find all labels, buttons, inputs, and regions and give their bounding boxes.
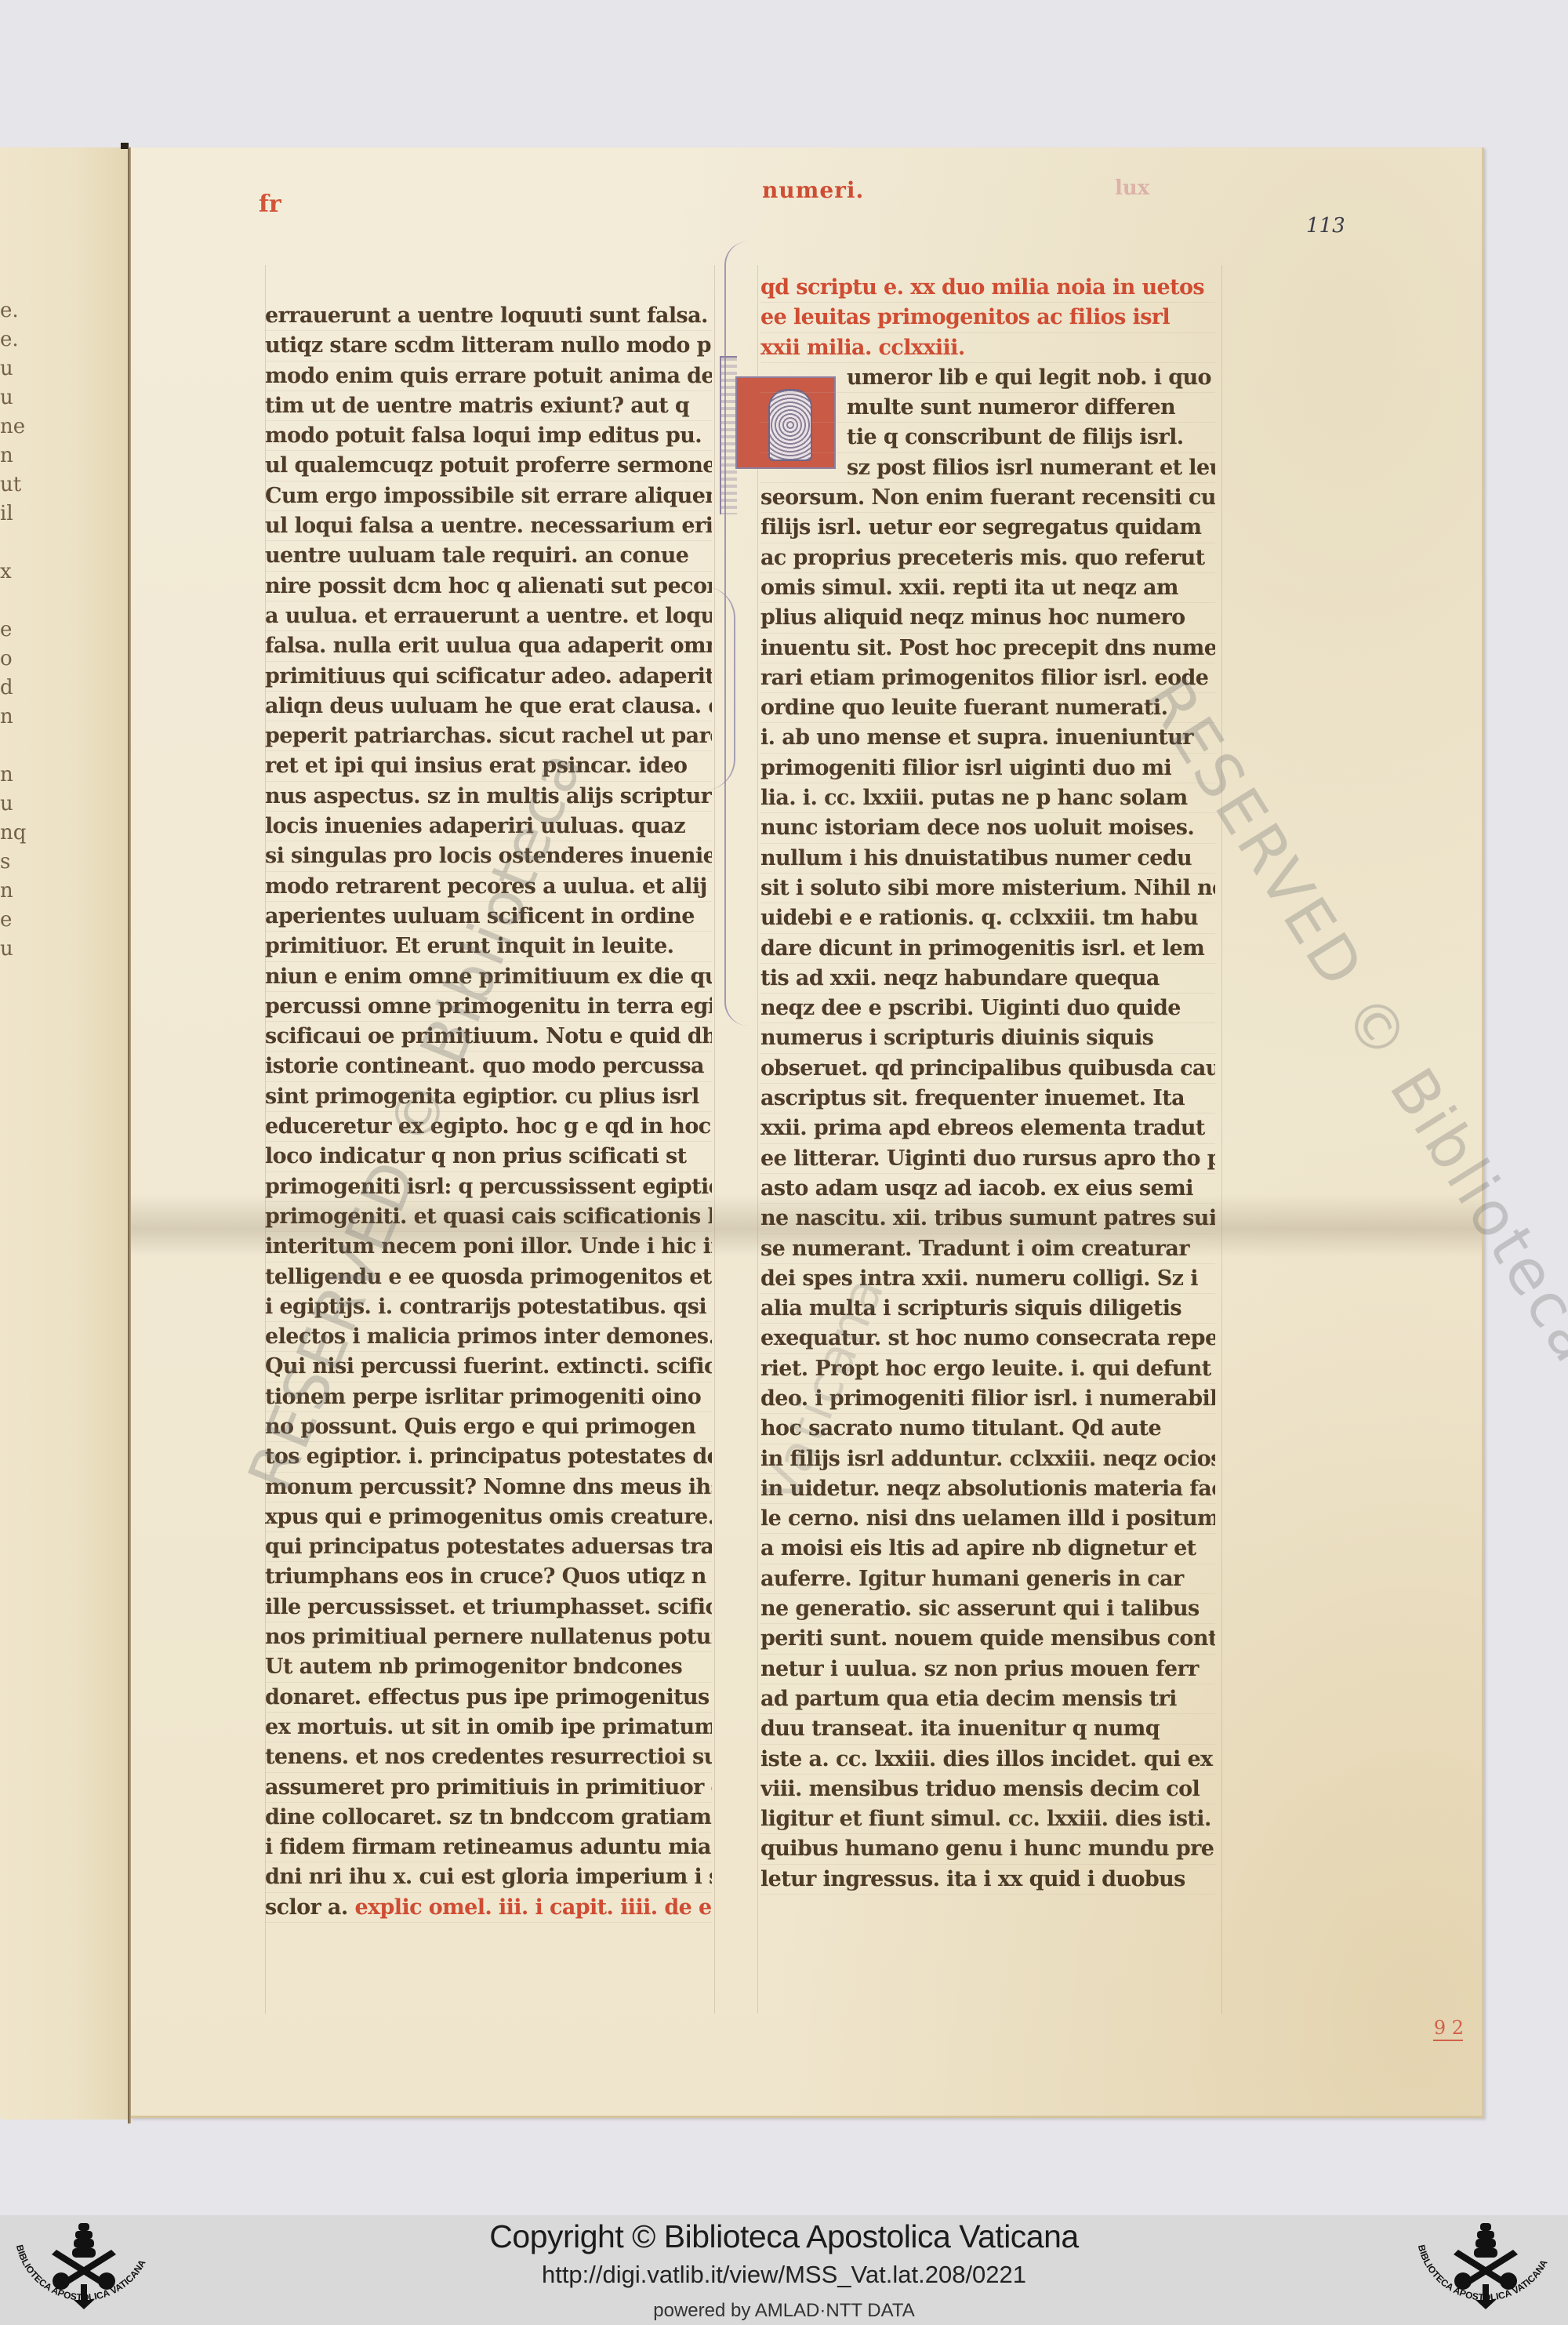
text-line: interitum necem poni illor. Unde i hic i… xyxy=(265,1232,712,1262)
text-line: i fidem firmam retineamus aduntu mia xpi xyxy=(265,1833,712,1862)
text-line: utiqz stare scdm litteram nullo modo pot… xyxy=(265,331,712,361)
text-line: sit i soluto sibi more misterium. Nihil … xyxy=(760,874,1215,903)
text-line: obseruet. qd principalibus quibusda caus… xyxy=(760,1054,1215,1084)
text-line: scificaui oe primitiuum. Notu e quid dhi… xyxy=(265,1022,712,1052)
facing-page-char: u xyxy=(0,354,24,383)
text-line: hoc sacrato numo titulant. Qd aute xyxy=(760,1414,1215,1444)
text-line: tim ut de uentre matris exiunt? aut q xyxy=(265,391,712,421)
text-line: loco indicatur q non prius scificati st xyxy=(265,1142,712,1172)
text-line: electos i malicia primos inter demones. xyxy=(265,1322,712,1352)
facing-page-char: u xyxy=(0,935,24,964)
text-line: ul qualemcuqz potuit proferre sermone? xyxy=(265,451,712,481)
penwork-flourish-curve xyxy=(695,587,735,790)
text-line: monum percussit? Nomne dns meus ihs xyxy=(265,1473,712,1502)
facing-page-char xyxy=(0,587,24,616)
text-line: sz post filios isrl numerant et leuite xyxy=(760,453,1215,483)
text-line: locis inuenies adaperiri uuluas. quaz xyxy=(265,812,712,841)
text-line: dare dicunt in primogenitis isrl. et lem xyxy=(760,934,1215,964)
gutter-fold xyxy=(128,147,131,2123)
text-line: errauerunt a uentre loquuti sunt falsa. … xyxy=(265,301,712,331)
text-line: neqz dee e pscribi. Uiginti duo quide xyxy=(760,994,1215,1023)
quire-mark-text: 9 2 xyxy=(1434,2017,1464,2039)
text-line: lia. i. cc. lxxiii. putas ne p hanc sola… xyxy=(760,783,1215,813)
running-head-title: numeri. xyxy=(762,177,864,203)
text-line: ee litterar. Uiginti duo rursus apro tho… xyxy=(760,1144,1215,1174)
facing-page-char: ut xyxy=(0,470,24,500)
facing-page-char: n xyxy=(0,877,24,906)
text-line: numerus i scripturis diuinis siquis xyxy=(760,1023,1215,1053)
facing-page-char: n xyxy=(0,441,24,470)
text-line: viii. mensibus triduo mensis decim col xyxy=(760,1775,1215,1804)
text-line: qui principatus potestates aduersas trad… xyxy=(265,1532,712,1562)
text-line: sint primogenita egiptior. cu plius isrl xyxy=(265,1082,712,1112)
initial-penwork-border xyxy=(720,356,737,514)
text-line: duu transeat. ita inuenitur q numq xyxy=(760,1714,1215,1744)
text-line: aliqn deus uuluam he que erat clausa. et xyxy=(265,692,712,721)
folio-number: 113 xyxy=(1306,214,1345,238)
text-line: Ut autem nb primogenitor bndcones xyxy=(265,1652,712,1682)
text-line: dei spes intra xxii. numeru colligi. Sz … xyxy=(760,1264,1215,1294)
text-line: sclor a. explic omel. iii. i capit. iiii… xyxy=(265,1893,712,1923)
manuscript-scan: e.e.uunenutilxeodnnunqsneu fr numeri. lu… xyxy=(0,0,1568,2215)
text-line: in filijs isrl adduntur. cclxxiii. neqz … xyxy=(760,1444,1215,1474)
text-line: ul loqui falsa a uentre. necessarium eri… xyxy=(265,511,712,541)
facing-page-char: e. xyxy=(0,296,24,325)
facing-page-char: n xyxy=(0,761,24,790)
text-line: exequatur. st hoc numo consecrata repe xyxy=(760,1324,1215,1353)
text-line: letur ingressus. ita i xx quid i duobus xyxy=(760,1865,1215,1895)
facing-page-verso: e.e.uunenutilxeodnnunqsneu xyxy=(0,147,128,2120)
facing-page-text-edge: e.e.uunenutilxeodnnunqsneu xyxy=(0,296,24,964)
facing-page-char: x xyxy=(0,558,24,587)
text-line: falsa. nulla erit uulua qua adaperit omn… xyxy=(265,631,712,661)
text-line: nos primitiual pernere nullatenus potuis… xyxy=(265,1622,712,1652)
text-line: a moisi eis ltis ad apire nb dignetur et xyxy=(760,1534,1215,1564)
facing-page-char xyxy=(0,529,24,558)
text-line: ac proprius preceteris mis. quo referut xyxy=(760,543,1215,573)
text-line: no possunt. Quis ergo e qui primogen xyxy=(265,1412,712,1442)
facing-page-char: o xyxy=(0,645,24,674)
chapter-rubric-line: ee leuitas primogenitos ac filios isrl xyxy=(760,303,1215,332)
text-line: Qui nisi percussi fuerint. extincti. sci… xyxy=(265,1352,712,1382)
text-line: xpus qui e primogenitus omis creature. xyxy=(265,1502,712,1532)
chapter-rubric-line: xxii milia. cclxxiii. xyxy=(760,333,1215,363)
facing-page-char: u xyxy=(0,790,24,819)
text-line: ne generatio. sic asserunt qui i talibus xyxy=(760,1594,1215,1624)
text-line: le cerno. nisi dns uelamen illd i positu… xyxy=(760,1504,1215,1534)
text-line: ascriptus sit. frequenter inuemet. Ita xyxy=(760,1084,1215,1113)
text-line: tionem perpe isrlitar primogeniti oino xyxy=(265,1382,712,1412)
text-line: istorie contineant. quo modo percussa xyxy=(265,1052,712,1081)
text-line: dni nri ihu x. cui est gloria imperium i… xyxy=(265,1862,712,1892)
ruling-line xyxy=(714,265,715,2014)
facing-page-char: n xyxy=(0,703,24,732)
text-line: i egiptijs. i. contrarijs potestatibus. … xyxy=(265,1292,712,1322)
text-line: seorsum. Non enim fuerant recensiti cu xyxy=(760,483,1215,513)
text-line: inuentu sit. Post hoc precepit dns nume xyxy=(760,634,1215,663)
text-line: ne nascitu. xii. tribus sumunt patres su… xyxy=(760,1204,1215,1233)
text-line: nire possit dcm hoc q alienati sut pecor… xyxy=(265,572,712,601)
text-line: ordine quo leuite fuerant numerati. xyxy=(760,693,1215,723)
chapter-rubric-line: qd scriptu e. xx duo milia noia in uetos xyxy=(760,273,1215,303)
copyright-footer: BIBLIOTECA APOSTOLICA VATICANA Copyright… xyxy=(0,2215,1568,2325)
text-line: modo enim quis errare potuit anima dei. … xyxy=(265,361,712,391)
quire-signature-mark: 9 2 xyxy=(1433,2019,1465,2041)
recto-page: fr numeri. lux 113 errauerunt a uentre l… xyxy=(130,147,1484,2118)
text-line: filijs isrl. uetur eor segregatus quidam xyxy=(760,513,1215,543)
text-line: modo retrarent pecores a uulua. et alij … xyxy=(265,872,712,902)
text-line: nus aspectus. sz in multis alijs scriptu… xyxy=(265,782,712,812)
text-line: nunc istoriam dece nos uoluit moises. xyxy=(760,813,1215,843)
vatican-library-emblem-icon: BIBLIOTECA APOSTOLICA VATICANA xyxy=(1403,2218,1568,2322)
text-line: tenens. et nos credentes resurrectioi su… xyxy=(265,1742,712,1772)
text-line: omis simul. xxii. repti ita ut neqz am xyxy=(760,573,1215,603)
powered-by-text: powered by AMLAD·NTT DATA xyxy=(0,2300,1568,2322)
text-line: deo. i primogeniti filior isrl. i numera… xyxy=(760,1384,1215,1414)
text-line: auferre. Igitur humani generis in car xyxy=(760,1564,1215,1594)
text-line: tos egiptior. i. principatus potestates … xyxy=(265,1442,712,1472)
text-line: ad partum qua etia decim mensis tri xyxy=(760,1684,1215,1714)
text-line: primitiuus qui scificatur adeo. adaperit xyxy=(265,662,712,692)
text-line: percussi omne primogenitu in terra egipt… xyxy=(265,992,712,1022)
text-line: se numerant. Tradunt i oim creaturar xyxy=(760,1234,1215,1264)
facing-page-char: s xyxy=(0,848,24,877)
text-line: multe sunt numeror differen xyxy=(760,393,1215,423)
text-column-left: errauerunt a uentre loquuti sunt falsa. … xyxy=(265,301,712,1923)
text-line: xxii. prima apd ebreos elementa tradut xyxy=(760,1113,1215,1143)
text-line: in uidetur. neqz absolutionis materia fa… xyxy=(760,1474,1215,1504)
text-line: niun e enim omne primitiuum ex die qua xyxy=(265,962,712,992)
text-line: peperit patriarchas. sicut rachel ut par… xyxy=(265,721,712,751)
text-line: Cum ergo impossibile sit errare aliquem xyxy=(265,481,712,511)
text-line: primogeniti filior isrl uiginti duo mi xyxy=(760,754,1215,783)
text-line: uidebi e e rationis. q. cclxxiii. tm hab… xyxy=(760,903,1215,933)
running-head-offset: lux xyxy=(1115,176,1149,200)
text-line: umeror lib e qui legit nob. i quo xyxy=(760,363,1215,393)
text-line: primogeniti isrl: q percussissent egipti… xyxy=(265,1172,712,1202)
ruling-line xyxy=(1221,265,1222,2014)
text-line: ret et ipi qui insius erat psincar. ideo xyxy=(265,751,712,781)
facing-page-char: nq xyxy=(0,819,24,848)
text-line: ille percussisset. et triumphasset. scif… xyxy=(265,1593,712,1622)
facing-page-char: il xyxy=(0,500,24,529)
text-line: donaret. effectus pus ipe primogenitus xyxy=(265,1683,712,1713)
text-line: assumeret pro primitiuis in primitiuor o… xyxy=(265,1773,712,1803)
text-line: ligitur et fiunt simul. cc. lxxiii. dies… xyxy=(760,1804,1215,1834)
text-line: tie q conscribunt de filijs isrl. xyxy=(760,423,1215,452)
text-line: rari etiam primogenitos filior isrl. eod… xyxy=(760,663,1215,693)
text-line: quibus humano genu i hunc mundu pre xyxy=(760,1834,1215,1864)
text-line: triumphans eos in cruce? Quos utiqz n xyxy=(265,1562,712,1592)
text-line: si singulas pro locis ostenderes inuenie… xyxy=(265,841,712,871)
facing-page-char: ne xyxy=(0,412,24,441)
quire-mark-underline xyxy=(1433,2040,1463,2041)
text-line: tis ad xxii. neqz habundare quequa xyxy=(760,964,1215,994)
text-column-right: qd scriptu e. xx duo milia noia in uetos… xyxy=(760,273,1215,1895)
facing-page-char: e. xyxy=(0,325,24,354)
text-line: aperientes uuluam scificent in ordine xyxy=(265,902,712,932)
text-line: telligendu e ee quosda primogenitos et xyxy=(265,1262,712,1292)
text-line: iste a. cc. lxxiii. dies illos incidet. … xyxy=(760,1745,1215,1775)
facing-page-char xyxy=(0,732,24,761)
text-line: nullum i his dnuistatibus numer cedu xyxy=(760,844,1215,874)
manuscript-url-link[interactable]: http://digi.vatlib.it/view/MSS_Vat.lat.2… xyxy=(0,2261,1568,2289)
facing-page-char: e xyxy=(0,906,24,935)
explicit-rubric: explic omel. iii. i capit. iiii. de eo xyxy=(348,1895,712,1920)
copyright-text: Copyright © Biblioteca Apostolica Vatica… xyxy=(0,2218,1568,2255)
facing-page-char: d xyxy=(0,674,24,703)
facing-page-char: u xyxy=(0,383,24,412)
text-line: primitiuor. Et erunt inquit in leuite. xyxy=(265,932,712,961)
running-head-left: fr xyxy=(259,191,281,218)
text-line: uentre uuluam tale requiri. an conue xyxy=(265,541,712,571)
text-line: i. ab uno mense et supra. inueniuntur xyxy=(760,723,1215,753)
facing-page-char: e xyxy=(0,616,24,645)
text-line: primogeniti. et quasi cais scificationis… xyxy=(265,1202,712,1232)
text-line: netur i uulua. sz non prius mouen ferr xyxy=(760,1655,1215,1684)
text-line: educeretur ex egipto. hoc g e qd in hoc xyxy=(265,1112,712,1142)
text-line: ex mortuis. ut sit in omib ipe primatum xyxy=(265,1713,712,1742)
text-line: riet. Propt hoc ergo leuite. i. qui defu… xyxy=(760,1354,1215,1384)
text-line: dine collocaret. sz tn bndccom gratiam u… xyxy=(265,1803,712,1833)
text-line: periti sunt. nouem quide mensibus conti xyxy=(760,1624,1215,1654)
ruling-line xyxy=(757,265,758,2014)
text-line: plius aliquid neqz minus hoc numero xyxy=(760,603,1215,633)
text-line: asto adam usqz ad iacob. ex eius semi xyxy=(760,1174,1215,1204)
text-line: a uulua. et errauerunt a uentre. et loqu… xyxy=(265,601,712,631)
text-line: modo potuit falsa loqui imp editus pu. xyxy=(265,421,712,451)
text-line: alia multa i scripturis siquis diligetis xyxy=(760,1294,1215,1324)
